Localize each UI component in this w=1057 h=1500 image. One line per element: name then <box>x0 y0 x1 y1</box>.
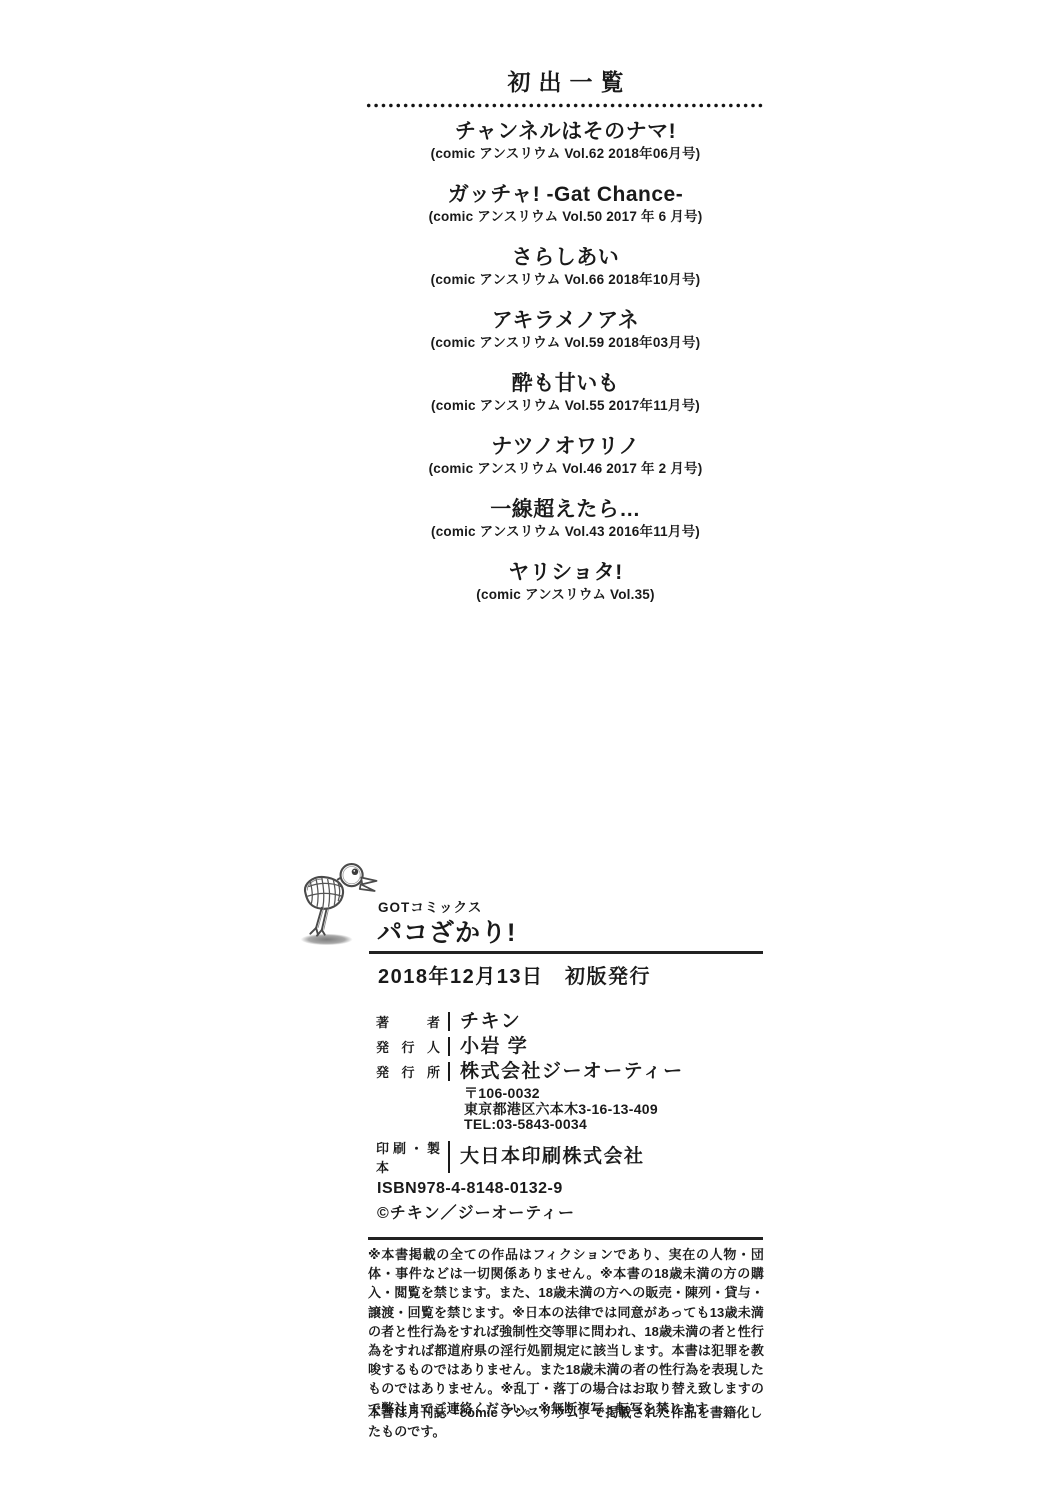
publication-entry: ガッチャ! -Gat Chance- (comic アンスリウム Vol.50 … <box>365 182 766 225</box>
entry-title: アキラメノアネ <box>365 308 766 334</box>
entry-title: チャンネルはそのナマ! <box>365 119 766 145</box>
entry-source: (comic アンスリウム Vol.35) <box>365 586 766 603</box>
colophon-page: 初出一覧 チャンネルはそのナマ! (comic アンスリウム Vol.62 20… <box>0 0 1057 1500</box>
credit-row-issuer: 発 行 人 小岩 学 <box>376 1034 762 1059</box>
entry-source: (comic アンスリウム Vol.50 2017 年 6 月号) <box>365 208 766 225</box>
title-rule <box>369 951 763 954</box>
publication-entry: チャンネルはそのナマ! (comic アンスリウム Vol.62 2018年06… <box>365 119 766 162</box>
book-title: パコざかり! <box>377 913 516 949</box>
credits-table: 著 者 チキン 発 行 人 小岩 学 発 行 所 株式会社ジーオーティー 〒10… <box>376 1009 762 1176</box>
bird-shadow <box>301 934 353 946</box>
entry-title: ナツノオワリノ <box>365 434 766 460</box>
entry-title: 酔も甘いも <box>365 371 766 397</box>
entry-source: (comic アンスリウム Vol.66 2018年10月号) <box>365 271 766 288</box>
copyright-text: ©チキン／ジーオーティー <box>377 1200 575 1223</box>
entry-source: (comic アンスリウム Vol.55 2017年11月号) <box>365 397 766 414</box>
serialization-note: 本書は月刊誌「comic アンスリウム」で掲載された作品を書籍化したものです。 <box>368 1402 764 1440</box>
entry-title: さらしあい <box>365 245 766 271</box>
credit-value: 大日本印刷株式会社 <box>450 1144 645 1169</box>
publication-entry: さらしあい (comic アンスリウム Vol.66 2018年10月号) <box>365 245 766 288</box>
first-publication-title: 初出一覧 <box>365 68 766 96</box>
publication-entry: 一線超えたら… (comic アンスリウム Vol.43 2016年11月号) <box>365 497 766 540</box>
publication-entry: ナツノオワリノ (comic アンスリウム Vol.46 2017 年 2 月号… <box>365 434 766 477</box>
address-street: 東京都港区六本木3-16-13-409 <box>464 1102 762 1118</box>
publication-entry: アキラメノアネ (comic アンスリウム Vol.59 2018年03月号) <box>365 308 766 351</box>
entry-source: (comic アンスリウム Vol.59 2018年03月号) <box>365 334 766 351</box>
credit-value: 株式会社ジーオーティー <box>450 1059 684 1084</box>
publisher-address-block: 〒106-0032 東京都港区六本木3-16-13-409 TEL:03-584… <box>376 1086 762 1133</box>
entry-source: (comic アンスリウム Vol.43 2016年11月号) <box>365 523 766 540</box>
credit-row-publisher: 発 行 所 株式会社ジーオーティー <box>376 1059 762 1084</box>
entry-title: ヤリショタ! <box>365 560 766 586</box>
entry-title: 一線超えたら… <box>365 497 766 523</box>
credit-value: 小岩 学 <box>450 1034 528 1059</box>
entry-title: ガッチャ! -Gat Chance- <box>365 182 766 208</box>
bird-doodle-illustration <box>294 854 390 950</box>
first-publication-section: 初出一覧 チャンネルはそのナマ! (comic アンスリウム Vol.62 20… <box>365 68 766 623</box>
address-tel: TEL:03-5843-0034 <box>464 1117 762 1133</box>
credit-label: 著 者 <box>376 1012 440 1031</box>
credit-row-printing: 印刷・製本 大日本印刷株式会社 <box>376 1138 762 1176</box>
bird-eye <box>352 868 359 875</box>
legal-disclaimer: ※本書掲載の全ての作品はフィクションであり、実在の人物・団体・事件などは一切関係… <box>368 1245 764 1418</box>
credit-label: 発 行 人 <box>376 1037 440 1056</box>
credit-value: チキン <box>450 1009 521 1034</box>
isbn-text: ISBN978-4-8148-0132-9 <box>377 1180 563 1198</box>
edition-date: 2018年12月13日 初版発行 <box>378 960 651 989</box>
bird-doodle-svg <box>294 854 390 950</box>
credit-label: 印刷・製本 <box>376 1138 440 1176</box>
credit-row-author: 著 者 チキン <box>376 1009 762 1034</box>
publication-entry: 酔も甘いも (comic アンスリウム Vol.55 2017年11月号) <box>365 371 766 414</box>
entry-source: (comic アンスリウム Vol.62 2018年06月号) <box>365 145 766 162</box>
dotted-divider <box>365 103 766 108</box>
first-publication-list: チャンネルはそのナマ! (comic アンスリウム Vol.62 2018年06… <box>365 119 766 603</box>
publication-entry: ヤリショタ! (comic アンスリウム Vol.35) <box>365 560 766 603</box>
credit-label: 発 行 所 <box>376 1062 440 1081</box>
legal-divider <box>368 1237 763 1240</box>
address-postal: 〒106-0032 <box>464 1086 762 1102</box>
entry-source: (comic アンスリウム Vol.46 2017 年 2 月号) <box>365 460 766 477</box>
